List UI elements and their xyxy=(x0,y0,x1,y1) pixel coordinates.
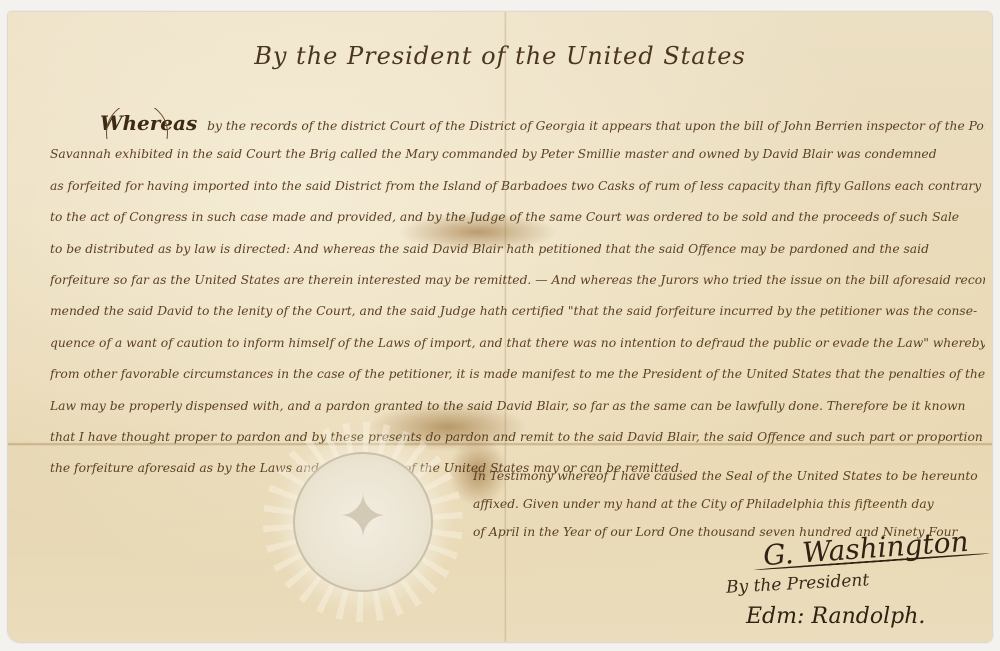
body-line: mended the said David to the lenity of t… xyxy=(50,296,985,327)
flourish-circle xyxy=(106,108,168,139)
testimony-line: In Testimony whereof I have caused the S… xyxy=(473,462,993,490)
attestation-label: By the President xyxy=(726,570,870,597)
body-line: forfeiture so far as the United States a… xyxy=(50,265,985,296)
body-line: Savannah exhibited in the said Court the… xyxy=(50,139,985,170)
opening-word: Whereas xyxy=(100,108,197,139)
signature-randolph: Edm: Randolph. xyxy=(746,604,925,629)
body-line: Whereas by the records of the district C… xyxy=(50,108,985,139)
document-heading: By the President of the United States xyxy=(8,42,992,70)
testimony-line: affixed. Given under my hand at the City… xyxy=(473,490,993,518)
body-line: quence of a want of caution to inform hi… xyxy=(50,328,985,359)
body-line: from other favorable circumstances in th… xyxy=(50,359,985,390)
document-body: Whereas by the records of the district C… xyxy=(50,108,985,485)
eagle-icon: ✦ xyxy=(293,482,433,552)
body-line: to the act of Congress in such case made… xyxy=(50,202,985,233)
body-line: as forfeited for having imported into th… xyxy=(50,171,985,202)
body-line: to be distributed as by law is directed:… xyxy=(50,234,985,265)
embossed-seal: ✦ xyxy=(293,452,433,592)
body-line: that I have thought proper to pardon and… xyxy=(50,422,985,453)
body-line: Law may be properly dispensed with, and … xyxy=(50,391,985,422)
document-sheet: By the President of the United States Wh… xyxy=(8,12,992,642)
